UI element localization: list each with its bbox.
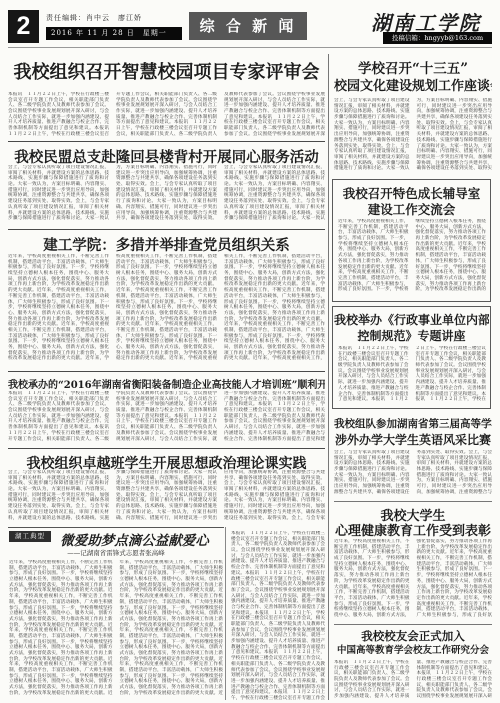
article-body-continuation: 本报讯 １１月２２日上午，学校在行政楼三楼会议室召开专题工作会议，相关职能部门负… (231, 531, 325, 700)
article-separator (8, 229, 325, 230)
feature-top-divider (8, 527, 224, 528)
article-body: 近年来，学校高度重视相关工作，不断完善工作机制，搭建活动平台，丰富活动载体，广大… (334, 539, 492, 621)
page-number-box: 2 (8, 10, 39, 43)
article-headline: 我校组队参加湖南省第三届高等学校 (334, 416, 492, 431)
article-body: 本报讯 １１月２２日上午，学校在行政楼三楼会议室召开专题工作会议，相关职能部门负… (338, 346, 486, 404)
article-headline: 我校举办《行政事业单位内部 (334, 311, 489, 328)
column-divider (328, 54, 329, 700)
article-body: 会上，与会专家认真听取了项目建设情况汇报，审阅了相关材料，并就建设方案的总体思路… (8, 165, 325, 225)
editor-credit: 责任编辑：肖中云 廖江娇 (46, 13, 142, 23)
article-separator (334, 624, 492, 625)
article-body: 近年来，学校高度重视相关工作，不断完善工作机制，搭建活动平台，丰富活动载体，广大… (8, 254, 325, 367)
feature-subtitle: ——记湖南省雷锋式志愿者张高峰 (8, 548, 224, 557)
submission-email-bar: 投稿信箱：hngyyb@163.com (383, 32, 492, 44)
article-separator (8, 141, 325, 142)
newspaper-page: 2 责任编辑：肖中云 廖江娇 2016 年 11 月 28 日 星期一 综 合 … (0, 0, 500, 703)
article-headline: 我校承办的“2016年湖南省衡阳装备制造企业高技能人才培训班”顺利开班 (8, 376, 325, 391)
feature-body: 近年来，学校高度重视相关工作，不断完善工作机制，搭建活动平台，丰富活动载体，广大… (9, 560, 223, 700)
header-divider (8, 47, 492, 48)
article-separator (8, 448, 325, 449)
section-title-box: 综 合 新 闻 (189, 12, 307, 40)
article-headline: 我校民盟总支赴隆回县楼背村开展同心服务活动 (8, 146, 325, 167)
article-separator (8, 371, 325, 372)
article-headline: 建设工作交流会 (334, 200, 489, 218)
article-body: 本报讯 １１月２２日上午，学校在行政楼三楼会议室召开专题工作会议，相关职能部门负… (334, 660, 492, 700)
article-body: 会上，与会专家认真听取了项目建设情况汇报，审阅了相关材料，并就建设方案的总体思路… (334, 98, 492, 175)
article-headline: 建工学院：多措并举排查党员组织关系 (8, 234, 325, 255)
article-separator (334, 501, 492, 502)
article-body: 本报讯 １１月２２日上午，学校在行政楼三楼会议室召开专题工作会议，相关职能部门负… (8, 92, 325, 138)
article-headline: 中国高等教育学会校友工作研究分会 (334, 642, 492, 656)
feature-title: 微爱助梦点滴公益献爱心 (52, 529, 217, 549)
feature-side-divider (225, 527, 226, 700)
article-headline: 学校召开“十三五” (334, 57, 492, 77)
article-headline: 控制规范》专题讲座 (334, 327, 489, 344)
feature-tag-badge: 湖工典型 (9, 531, 51, 542)
article-body: 会上，与会专家认真听取了项目建设情况汇报，审阅了相关材料，并就建设方案的总体思路… (8, 470, 325, 524)
article-headline: 我校组织召开智慧校园项目专家评审会 (8, 58, 325, 84)
article-body: 近年来，学校高度重视相关工作，不断完善工作机制，搭建活动平台，丰富活动载体，广大… (338, 219, 486, 298)
article-headline: 心理健康教育工作受到表彰 (334, 520, 492, 539)
article-headline: 校园文化建设规划工作座谈会 (334, 75, 492, 94)
article-headline: 涉外办学大学生英语风采比赛 (334, 431, 492, 448)
article-body: 本报讯 １１月２２日上午，学校在行政楼三楼会议室召开专题工作会议，相关职能部门负… (8, 391, 325, 444)
date-bar: 2016 年 11 月 28 日 星期一 (46, 27, 182, 40)
article-body: 会上，与会专家认真听取了项目建设情况汇报，审阅了相关材料，并就建设方案的总体思路… (334, 450, 492, 498)
